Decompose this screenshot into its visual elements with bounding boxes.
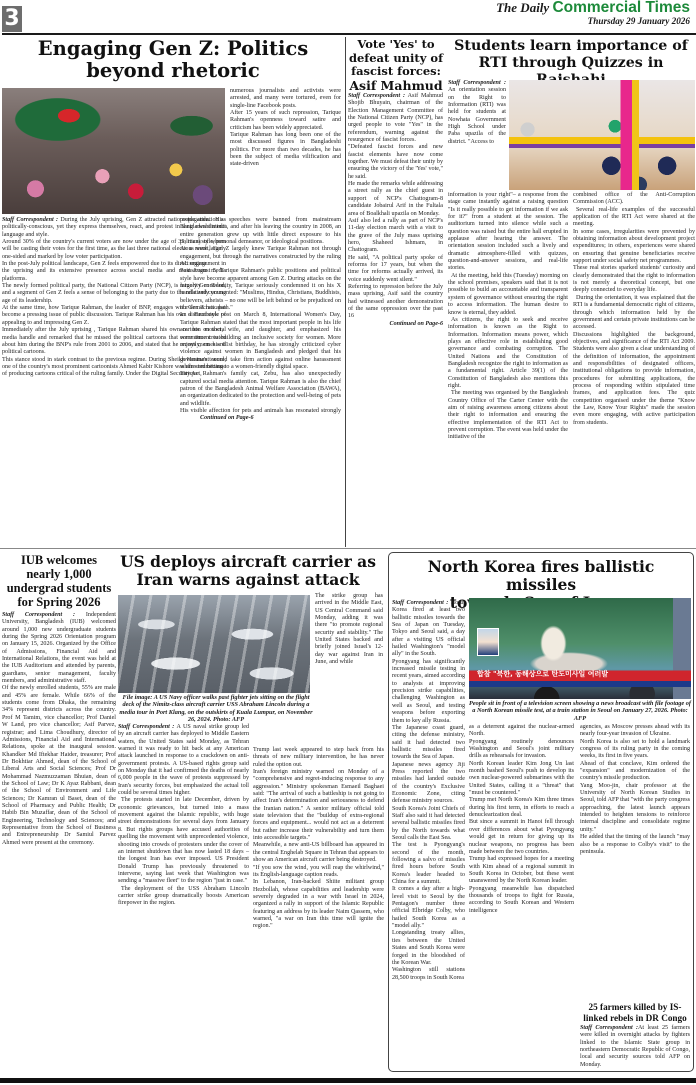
congo-headline: 25 farmers killed by IS- linked rebels i… — [580, 1002, 690, 1024]
genz-headline: Engaging Gen Z: Politics beyond rhetoric — [4, 38, 342, 82]
missile-broadcast-photo: 합참 "북한, 동해상으로 탄도미사일 여러발 — [469, 598, 691, 699]
iub-byline: Staff Correspondent : — [2, 612, 75, 618]
carrier-deck-photo — [118, 595, 310, 693]
newspaper-brand: The Daily Commercial Times — [496, 0, 690, 16]
orientation-session-photo — [509, 80, 695, 190]
section-divider — [0, 548, 696, 549]
carrier-headline: US deploys aircraft carrier as Iran warn… — [112, 553, 384, 589]
asif-body: Staff Correspondent : Asif Mahmud Shojib… — [348, 93, 443, 328]
asif-byline: Staff Correspondent : — [348, 93, 405, 99]
carrier-byline: Staff Correspondent : — [118, 724, 174, 730]
rti-side-text: Staff Correspondent : An orientation ses… — [448, 80, 506, 146]
congo-body: Staff Correspondent :At least 25 farmers… — [580, 1025, 690, 1069]
carrier-photo-caption: File image: A US Navy officer walks past… — [118, 694, 314, 724]
page-bottom-rule — [0, 1078, 696, 1083]
nkorea-byline: Staff Correspondent : — [392, 600, 448, 606]
news-anchor-inset — [477, 628, 499, 656]
carrier-column-2: Trump last week appeared to step back fr… — [253, 747, 384, 931]
rti-column-1: information is your right"– a response f… — [448, 192, 568, 442]
iub-headline: IUB welcomes nearly 1,000 undergrad stud… — [2, 553, 116, 609]
genz-column-2: propaganda. His speeches were banned fro… — [180, 217, 341, 423]
iub-body: Staff Correspondent : Independent Univer… — [2, 612, 116, 847]
asif-continued-link[interactable]: Continued on Page-6 — [348, 321, 443, 328]
issue-date: Thursday 29 January 2026 — [588, 16, 690, 26]
rti-byline: Staff Correspondent : — [448, 80, 506, 86]
carrier-column-1: Staff Correspondent : A US naval strike … — [118, 724, 249, 908]
nkorea-column-2: as a deterrent against the nuclear-armed… — [469, 724, 574, 915]
rti-column-2: combined office of the Anti-Corruption C… — [573, 192, 695, 427]
carrier-side-text: The strike group has arrived in the Midd… — [315, 593, 383, 666]
genz-continued-link[interactable]: Continued on Page-6 — [200, 415, 254, 421]
genz-byline: Staff Correspondent : — [2, 217, 58, 223]
masthead-rule — [2, 33, 696, 35]
column-divider — [345, 37, 346, 547]
page-number-badge: 3 — [2, 6, 22, 32]
congo-byline: Staff Correspondent : — [580, 1025, 638, 1031]
nkorea-photo-caption: People sit in front of a television scre… — [468, 700, 692, 722]
genz-column-2-top: numerous journalists and activists were … — [230, 88, 341, 169]
brand-name: Commercial Times — [552, 0, 690, 16]
tv-news-ticker: 합참 "북한, 동해상으로 탄도미사일 여러발 — [477, 669, 608, 679]
protest-crowd-photo — [2, 88, 225, 214]
asif-headline: Vote 'Yes' to defeat unity of fascist fo… — [347, 38, 445, 92]
nkorea-column-3: agencies, as Moscow presses ahead with i… — [580, 724, 690, 856]
nkorea-column-1: Staff Correspondent : North Korea fired … — [392, 600, 465, 982]
brand-prefix: The Daily — [496, 0, 549, 15]
